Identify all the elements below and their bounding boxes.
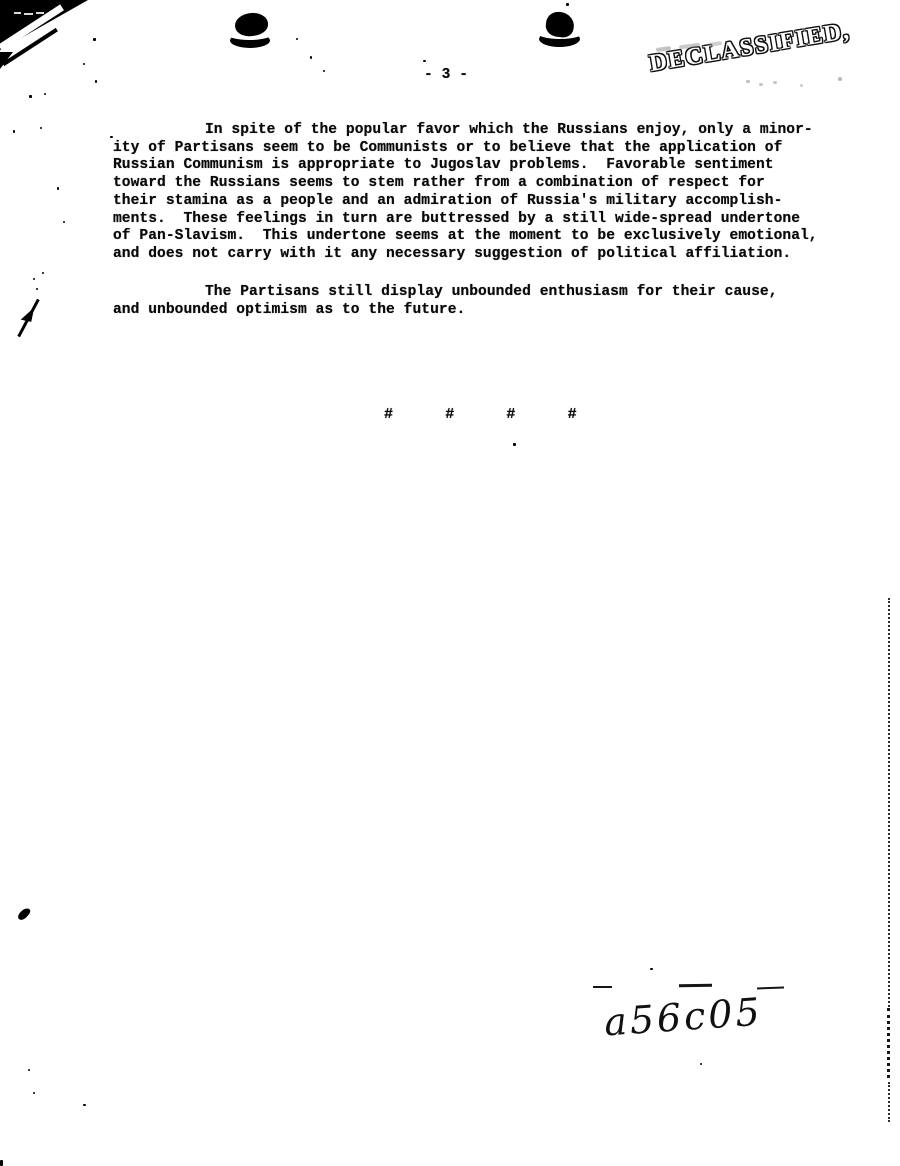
speck [63,221,65,223]
speck [310,56,312,59]
underline-dash [757,987,784,990]
speck [95,80,97,83]
speck [700,1063,702,1065]
scan-edge-dark-line [887,1008,890,1078]
speck [566,3,569,6]
corner-inverse-text-speck [36,12,44,14]
speck [296,38,298,40]
speck [110,136,113,138]
speck [83,63,85,65]
speck [513,443,516,446]
corner-inverse-text-speck [47,13,54,15]
speck [13,130,15,133]
speck [33,1092,35,1094]
speck [83,1104,86,1106]
handwritten-code: a56c05 [603,990,764,1045]
body-paragraph-2: The Partisans still display unbounded en… [113,284,778,319]
speck [650,968,653,970]
scanned-document-page: DECLASSIFIED, - 3 - In spite of the popu… [0,0,900,1166]
body-paragraph-1: In spite of the popular favor which the … [113,122,818,264]
corner-inverse-text-speck [24,13,33,15]
speck [423,60,426,62]
speck [93,38,96,41]
stamp-faint-mark [746,80,750,83]
stamp-faint-mark [838,77,842,81]
scan-edge-dotted-line [888,1082,890,1122]
pen-comma-mark [17,906,32,922]
end-section-marks: # # # # [384,406,578,424]
speck [29,95,32,98]
speck [40,127,42,129]
speck [42,272,44,274]
page-number: - 3 - [424,67,468,85]
speck [323,70,325,72]
speck [57,187,59,190]
scan-edge-dotted-line [888,598,890,1010]
speck [33,278,35,280]
speck [44,93,46,95]
stamp-faint-mark [773,81,777,84]
underline-dash [679,984,712,988]
speck [0,1160,3,1166]
corner-inverse-text-speck [14,12,21,14]
stamp-faint-mark [800,84,803,87]
speck [28,1069,30,1071]
underline-dash [593,986,612,988]
stamp-faint-mark [759,83,763,86]
speck [36,288,38,290]
